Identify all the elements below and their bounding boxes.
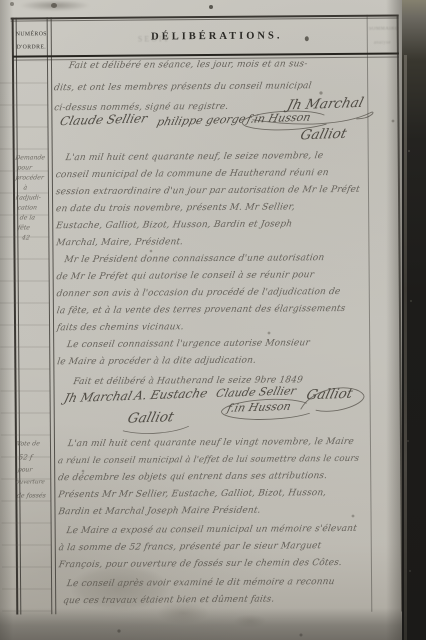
handwriting-line: Mr le Président donne connaissance d'une… bbox=[64, 253, 325, 265]
handwriting-line: conseil municipal de la commune de Hauth… bbox=[55, 168, 329, 180]
margin-note: procéder bbox=[15, 174, 44, 181]
margin-note: cation bbox=[17, 204, 37, 211]
handwriting-line: faits des chemins vicinaux. bbox=[56, 322, 184, 333]
handwriting-line: Bardin et Marchal Joseph Maire Président… bbox=[58, 506, 262, 518]
signature: Jh Marchal bbox=[63, 389, 134, 405]
margin-note: à bbox=[23, 184, 28, 191]
margin-note: pour bbox=[17, 466, 33, 473]
signature: A. Eustache bbox=[133, 386, 210, 402]
page-edge-highlight bbox=[404, 55, 407, 640]
handwriting-line: dits, et ont les membres présents du con… bbox=[53, 81, 312, 93]
signature-flourish bbox=[121, 424, 191, 435]
signature: Claude Sellier bbox=[58, 111, 148, 128]
handwriting-line: Marchal, Maire, Président. bbox=[55, 237, 183, 248]
signature: philippe george bbox=[155, 112, 247, 128]
signature-flourish bbox=[215, 397, 315, 424]
ink-dot bbox=[305, 36, 309, 41]
margin-note: l'adjudi- bbox=[15, 194, 41, 201]
margin-note: de fossés bbox=[16, 492, 46, 499]
handwriting-line: Fait et délibéré en séance, les jour, mo… bbox=[68, 59, 308, 71]
page-title: DÉLIBÉRATIONS. bbox=[51, 30, 375, 44]
right-paper-shade bbox=[386, 0, 402, 640]
page-content: NUMÉROS D'ORDRE. SEOIT DÉLIBÉRATIONS. SO… bbox=[0, 0, 426, 640]
scanned-register-page: NUMÉROS D'ORDRE. SEOIT DÉLIBÉRATIONS. SO… bbox=[0, 0, 426, 640]
handwriting-line: la fête, et à la vente des terres proven… bbox=[56, 304, 346, 316]
margin-note: Vote de bbox=[16, 440, 40, 447]
margin-note: 42 bbox=[21, 234, 30, 241]
page-edge-speck bbox=[408, 150, 410, 152]
margin-note: de la bbox=[19, 214, 35, 221]
margin-note: Demande bbox=[15, 154, 46, 161]
margin-note: 52 f bbox=[18, 453, 33, 461]
handwriting-line: donner son avis à l'occasion du procédé … bbox=[56, 287, 341, 299]
margin-note: fête bbox=[17, 224, 30, 231]
handwriting-line: le Maire à procéder à la dite adjudicati… bbox=[56, 356, 256, 368]
handwriting-line: à la somme de 52 francs, présenté par le… bbox=[58, 541, 322, 553]
handwriting-line: de Mr le Préfet qui autorise le conseil … bbox=[56, 270, 315, 282]
handwriting-line: de décembre les objets qui entrent dans … bbox=[57, 471, 328, 483]
handwriting-line: Le Maire a exposé au conseil municipal u… bbox=[66, 524, 358, 536]
order-column-header-line2: D'ORDRE. bbox=[16, 44, 47, 50]
handwriting-line: a réuni le conseil municipal à l'effet d… bbox=[57, 454, 360, 466]
signature: Galliot bbox=[299, 126, 349, 144]
handwriting-line: Présents Mr Mr Sellier, Eustache, Gallio… bbox=[57, 488, 327, 500]
right-column-divider bbox=[367, 15, 373, 612]
bottom-shade bbox=[0, 608, 426, 640]
margin-note: ouverture bbox=[15, 479, 45, 485]
margin-note: pour bbox=[17, 164, 33, 171]
handwriting-line: Le conseil connaissant l'urgence autoris… bbox=[66, 338, 310, 350]
handwriting-line: L'an mil huit cent quarante neuf le ving… bbox=[67, 437, 355, 449]
handwriting-line: L'an mil huit cent quarante neuf, le sei… bbox=[65, 151, 324, 163]
order-column-header-line1: NUMÉROS bbox=[16, 31, 47, 37]
handwriting-line: Eustache, Galliot, Bizot, Husson, Bardin… bbox=[55, 219, 293, 231]
left-edge-shade bbox=[0, 0, 13, 640]
handwriting-line: en date du trois novembre, présents M. M… bbox=[55, 202, 295, 214]
handwriting-line: session extraordinaire d'un jour par aut… bbox=[55, 185, 360, 197]
